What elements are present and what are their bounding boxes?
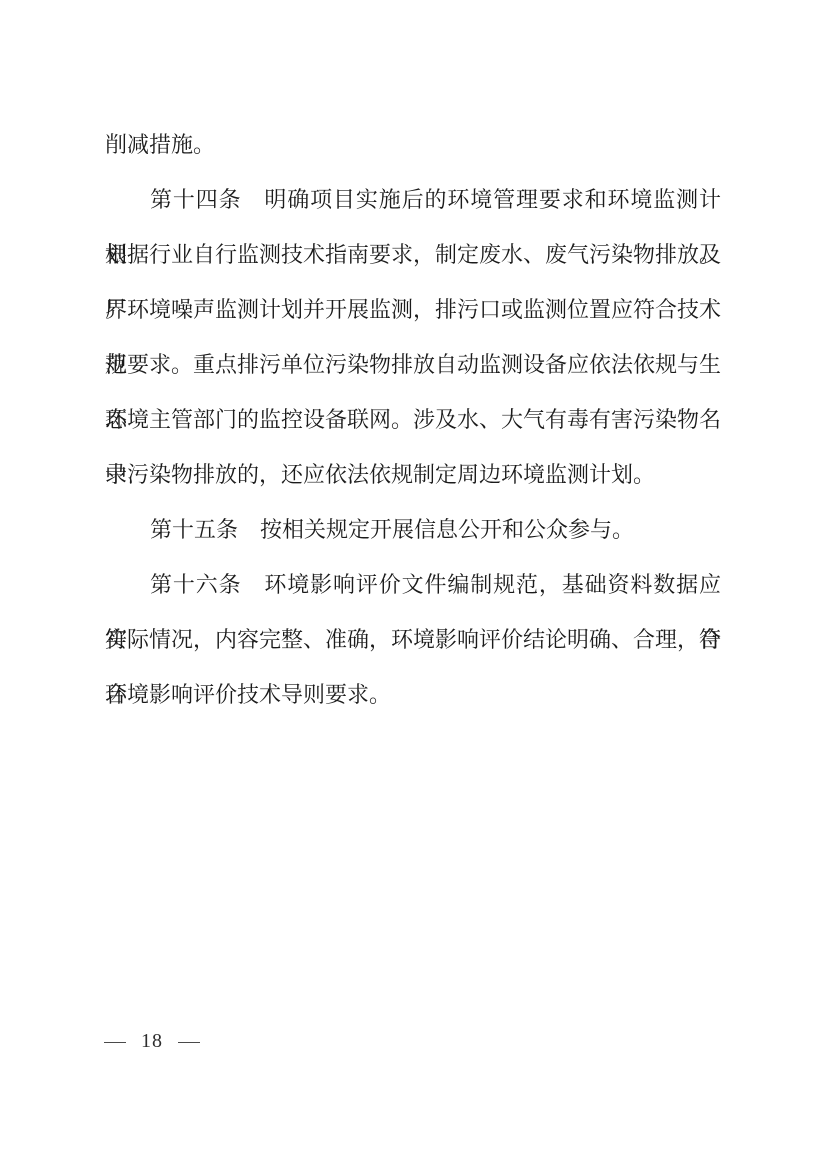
text-line: 环境影响评价技术导则要求。 (105, 667, 721, 722)
text-block: 削减措施。 第十四条 明确项目实施后的环境管理要求和环境监测计划。 根据行业自行… (105, 117, 721, 722)
text-line: 根据行业自行监测技术指南要求，制定废水、废气污染物排放及厂 (105, 227, 721, 282)
text-line: 界环境噪声监测计划并开展监测，排污口或监测位置应符合技术规 (105, 282, 721, 337)
text-line: 削减措施。 (105, 117, 721, 172)
page-footer: 18 (104, 1030, 200, 1053)
footer-dash-left (104, 1042, 126, 1043)
document-page: 削减措施。 第十四条 明确项目实施后的环境管理要求和环境监测计划。 根据行业自行… (0, 0, 826, 1169)
text-line: 中污染物排放的，还应依法依规制定周边环境监测计划。 (105, 447, 721, 502)
text-line: 范要求。重点排污单位污染物排放自动监测设备应依法依规与生态 (105, 337, 721, 392)
page-number: 18 (141, 1030, 163, 1053)
text-line-article-15: 第十五条 按相关规定开展信息公开和公众参与。 (105, 502, 721, 557)
text-line-article-14: 第十四条 明确项目实施后的环境管理要求和环境监测计划。 (105, 172, 721, 227)
text-line-article-16: 第十六条 环境影响评价文件编制规范，基础资料数据应符合 (105, 557, 721, 612)
text-line: 实际情况，内容完整、准确，环境影响评价结论明确、合理，符合 (105, 612, 721, 667)
footer-dash-right (178, 1042, 200, 1043)
text-line: 环境主管部门的监控设备联网。涉及水、大气有毒有害污染物名录 (105, 392, 721, 447)
